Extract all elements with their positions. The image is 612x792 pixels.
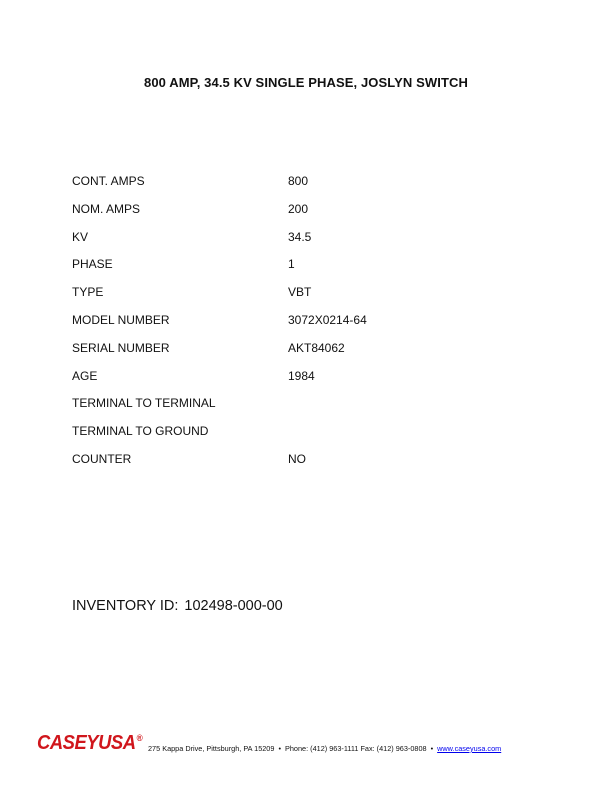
phone-fax: Phone: (412) 963-1111 Fax: (412) 963-080… [285, 744, 427, 753]
footer: CASEYUSA® 275 Kappa Drive, Pittsburgh, P… [37, 732, 577, 756]
spec-value: 200 [288, 202, 308, 216]
spec-row: CONT. AMPS800 [72, 174, 532, 202]
spec-label: SERIAL NUMBER [72, 341, 170, 355]
spec-value: 3072X0214-64 [288, 313, 367, 327]
logo-text: CASEYUSA [37, 732, 136, 754]
spec-row: TYPEVBT [72, 285, 532, 313]
spec-label: CONT. AMPS [72, 174, 145, 188]
spec-value: NO [288, 452, 306, 466]
spec-value: 34.5 [288, 230, 311, 244]
spec-label: MODEL NUMBER [72, 313, 170, 327]
spec-row: SERIAL NUMBERAKT84062 [72, 341, 532, 369]
spec-row: TERMINAL TO TERMINAL [72, 396, 532, 424]
inventory-value: 102498-000-00 [184, 598, 282, 614]
spec-label: TERMINAL TO TERMINAL [72, 396, 216, 410]
spec-label: TYPE [72, 285, 103, 299]
spec-value: 800 [288, 174, 308, 188]
document-title: 800 AMP, 34.5 KV SINGLE PHASE, JOSLYN SW… [0, 75, 612, 90]
inventory-id: INVENTORY ID:102498-000-00 [72, 598, 283, 614]
contact-line: 275 Kappa Drive, Pittsburgh, PA 15209•Ph… [148, 744, 501, 753]
spec-value: AKT84062 [288, 341, 345, 355]
separator: • [431, 744, 434, 753]
spec-row: TERMINAL TO GROUND [72, 424, 532, 452]
spec-row: AGE1984 [72, 369, 532, 397]
registered-mark: ® [136, 733, 142, 743]
spec-value: VBT [288, 285, 311, 299]
spec-table: CONT. AMPS800 NOM. AMPS200 KV34.5 PHASE1… [72, 174, 532, 480]
spec-row: KV34.5 [72, 230, 532, 258]
address: 275 Kappa Drive, Pittsburgh, PA 15209 [148, 744, 274, 753]
spec-label: TERMINAL TO GROUND [72, 424, 208, 438]
website-link[interactable]: www.caseyusa.com [437, 744, 501, 753]
spec-value: 1984 [288, 369, 315, 383]
inventory-label: INVENTORY ID: [72, 598, 178, 614]
spec-label: KV [72, 230, 88, 244]
spec-label: NOM. AMPS [72, 202, 140, 216]
spec-value: 1 [288, 257, 295, 271]
spec-row: PHASE1 [72, 257, 532, 285]
spec-label: PHASE [72, 257, 113, 271]
separator: • [278, 744, 281, 753]
spec-label: COUNTER [72, 452, 131, 466]
spec-label: AGE [72, 369, 97, 383]
spec-row: COUNTERNO [72, 452, 532, 480]
caseyusa-logo: CASEYUSA® [37, 732, 142, 755]
spec-row: NOM. AMPS200 [72, 202, 532, 230]
spec-row: MODEL NUMBER3072X0214-64 [72, 313, 532, 341]
